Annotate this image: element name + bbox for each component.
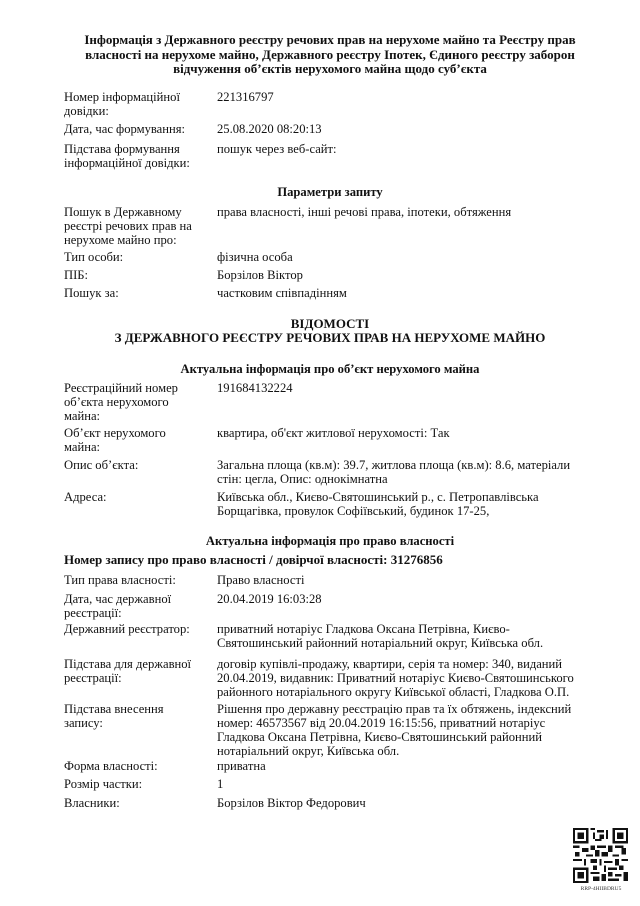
registry-heading-line1: ВІДОМОСТІ: [60, 317, 600, 331]
field-row: Тип особи: фізична особа: [64, 250, 604, 264]
field-value: 221316797: [217, 90, 604, 118]
field-row: Державний реєстратор: приватний нотаріус…: [64, 622, 604, 650]
field-label: ПІБ:: [64, 268, 217, 282]
field-row: Підстава формування інформаційної довідк…: [64, 142, 604, 170]
field-row: Підстава внесення запису: Рішення про де…: [64, 702, 604, 758]
field-value: 25.08.2020 08:20:13: [217, 122, 604, 136]
field-value: Борзілов Віктор: [217, 268, 604, 282]
field-row: Номер інформаційної довідки: 221316797: [64, 90, 604, 118]
field-label: Пошук за:: [64, 286, 217, 300]
field-label: Дата, час формування:: [64, 122, 217, 136]
field-row: Власники: Борзілов Віктор Федорович: [64, 796, 604, 810]
field-row: Тип права власності: Право власності: [64, 573, 604, 587]
field-row: ПІБ: Борзілов Віктор: [64, 268, 604, 282]
field-value: 191684132224: [217, 381, 604, 423]
field-label: Тип особи:: [64, 250, 217, 264]
field-row: Пошук в Державному реєстрі речових прав …: [64, 205, 604, 247]
field-label: Розмір частки:: [64, 777, 217, 791]
qr-code-label: RRP-4HIIBDRU5: [568, 886, 634, 893]
field-label: Дата, час державної реєстрації:: [64, 592, 189, 620]
field-row: Форма власності: приватна: [64, 759, 604, 773]
field-value: Загальна площа (кв.м): 39.7, житлова пло…: [217, 458, 592, 486]
field-label: Реєстраційний номер об’єкта нерухомого м…: [64, 381, 189, 423]
field-label: Номер інформаційної довідки:: [64, 90, 204, 118]
field-value: права власності, інші речові права, іпот…: [217, 205, 604, 247]
field-value: квартира, об'єкт житлової нерухомості: Т…: [217, 426, 604, 454]
field-value: Право власності: [217, 573, 604, 587]
ownership-info-heading: Актуальна інформація про право власності: [60, 534, 600, 548]
qr-code-icon: [573, 828, 628, 883]
field-row: Опис об’єкта: Загальна площа (кв.м): 39.…: [64, 458, 604, 486]
field-row: Об’єкт нерухомого майна: квартира, об'єк…: [64, 426, 604, 454]
field-label: Власники:: [64, 796, 217, 810]
field-label: Адреса:: [64, 490, 217, 518]
field-label: Державний реєстратор:: [64, 622, 217, 650]
field-value: приватна: [217, 759, 604, 773]
field-row: Підстава для державної реєстрації: догов…: [64, 657, 604, 699]
field-value: 20.04.2019 16:03:28: [217, 592, 604, 620]
field-row: Розмір частки: 1: [64, 777, 604, 791]
registry-heading-line2: З ДЕРЖАВНОГО РЕЄСТРУ РЕЧОВИХ ПРАВ НА НЕР…: [60, 331, 600, 345]
field-label: Тип права власності:: [64, 573, 217, 587]
field-label: Об’єкт нерухомого майна:: [64, 426, 189, 454]
field-label: Підстава формування інформаційної довідк…: [64, 142, 204, 170]
query-params-heading: Параметри запиту: [60, 185, 600, 199]
field-value: Рішення про державну реєстрацію прав та …: [217, 702, 592, 758]
field-label: Підстава внесення запису:: [64, 702, 184, 758]
field-value: приватний нотаріус Гладкова Оксана Петрі…: [217, 622, 592, 650]
field-label: Пошук в Державному реєстрі речових прав …: [64, 205, 204, 247]
field-row: Адреса: Київська обл., Києво-Святошинськ…: [64, 490, 604, 518]
ownership-record-heading: Номер запису про право власності / довір…: [64, 553, 604, 567]
field-value: договір купівлі-продажу, квартири, серія…: [217, 657, 592, 699]
field-row: Дата, час державної реєстрації: 20.04.20…: [64, 592, 604, 620]
field-label: Підстава для державної реєстрації:: [64, 657, 204, 699]
field-label: Опис об’єкта:: [64, 458, 217, 486]
field-row: Реєстраційний номер об’єкта нерухомого м…: [64, 381, 604, 423]
field-row: Дата, час формування: 25.08.2020 08:20:1…: [64, 122, 604, 136]
field-value: Борзілов Віктор Федорович: [217, 796, 604, 810]
object-info-heading: Актуальна інформація про об’єкт нерухомо…: [60, 362, 600, 376]
field-value: пошук через веб-сайт:: [217, 142, 604, 170]
field-row: Пошук за: частковим співпадінням: [64, 286, 604, 300]
field-value: Київська обл., Києво-Святошинський р., с…: [217, 490, 592, 518]
field-label: Форма власності:: [64, 759, 217, 773]
field-value: 1: [217, 777, 604, 791]
field-value: фізична особа: [217, 250, 604, 264]
field-value: частковим співпадінням: [217, 286, 604, 300]
document-title: Інформація з Державного реєстру речових …: [60, 33, 600, 77]
